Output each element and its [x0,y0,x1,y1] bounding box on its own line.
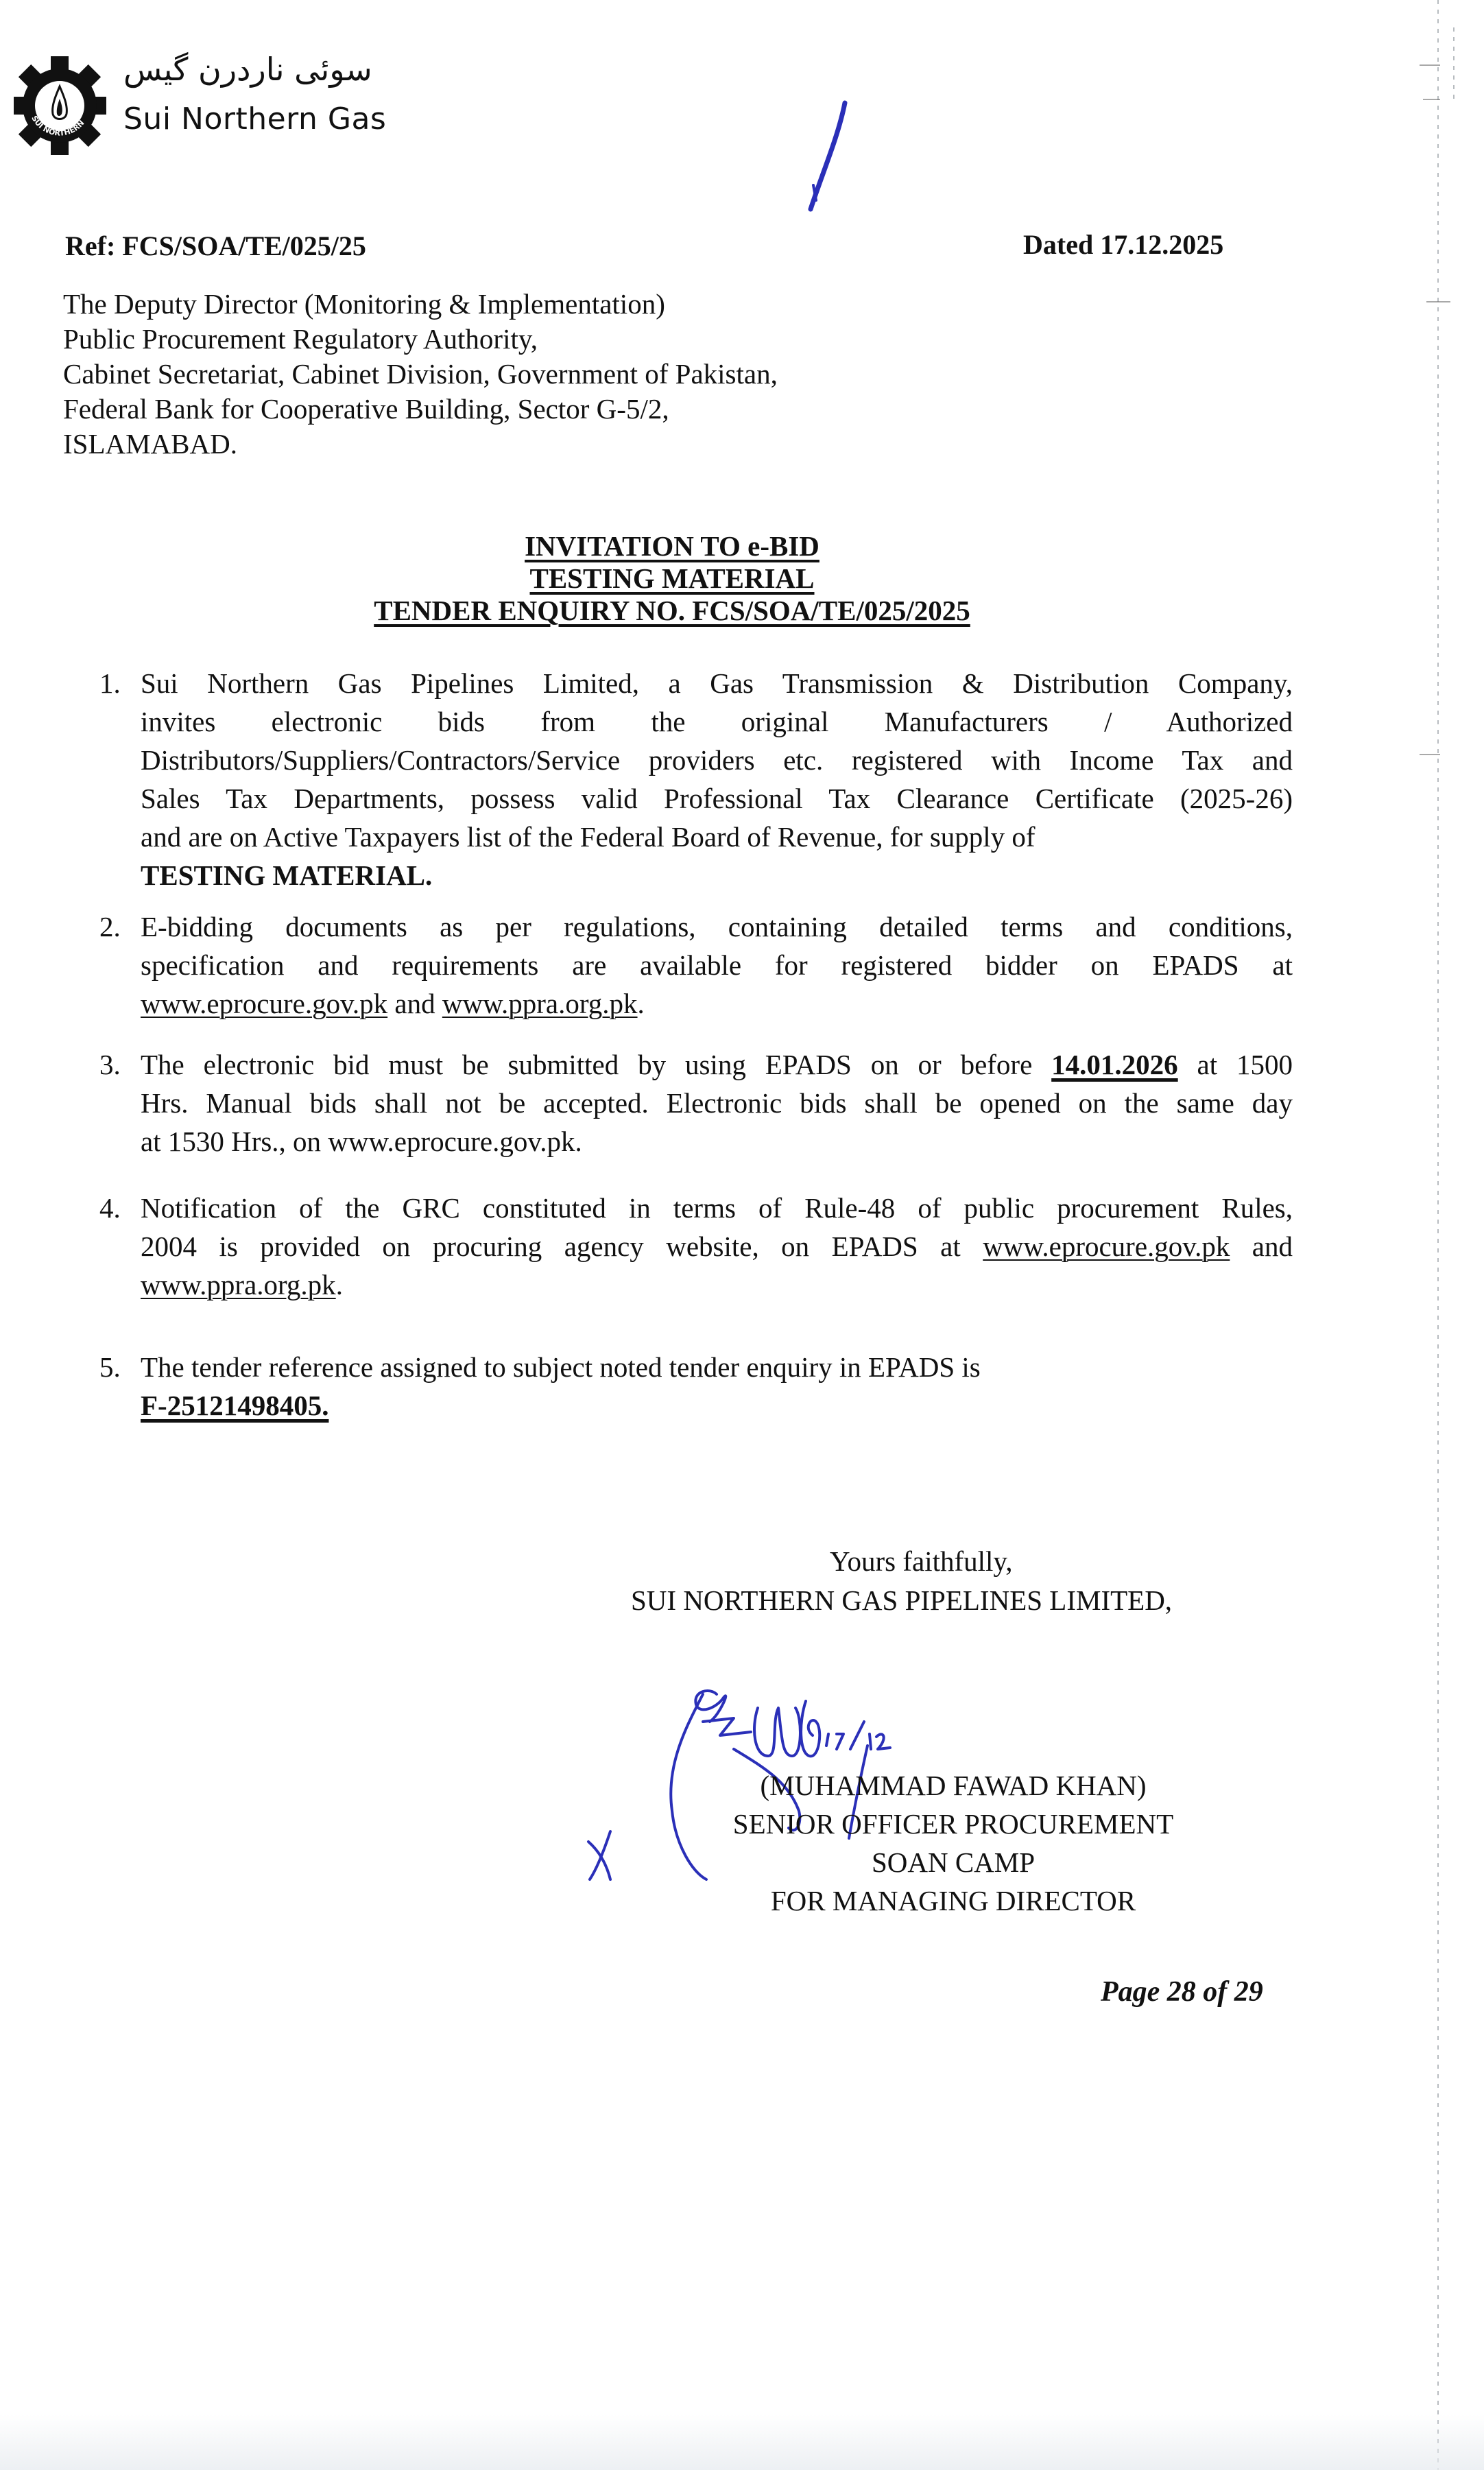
company-name-english: Sui Northern Gas [123,102,386,136]
signatory-on-behalf: FOR MANAGING DIRECTOR [713,1881,1193,1920]
paragraph-line: and are on Active Taxpayers list of the … [141,818,1293,856]
handwritten-tick-icon [802,75,864,219]
title-line-tender-enquiry: TENDER ENQUIRY NO. FCS/SOA/TE/025/2025 [374,595,970,626]
closing-company: SUI NORTHERN GAS PIPELINES LIMITED, [631,1581,1172,1620]
letterhead-logo: SUI NORTHERN سوئی ناردرن گیس Sui Norther… [14,48,398,158]
ppra-link[interactable]: www.ppra.org.pk [141,1269,336,1301]
addressee-line: Public Procurement Regulatory Authority, [63,322,778,357]
paragraph-text: 2004 is provided on procuring agency web… [141,1231,983,1262]
paragraph-line: specification and requirements are avail… [141,946,1293,984]
company-name-urdu: سوئی ناردرن گیس [123,51,372,88]
salutation: Yours faithfully, [631,1542,1172,1581]
reference-number: Ref: FCS/SOA/TE/025/25 [65,230,366,262]
addressee-line: ISLAMABAD. [63,427,778,462]
paragraph-2: 2. E-bidding documents as per regulation… [141,907,1293,1023]
addressee-line: Cabinet Secretariat, Cabinet Division, G… [63,357,778,392]
paragraph-line: Notification of the GRC constituted in t… [141,1189,1293,1227]
letter-date: Dated 17.12.2025 [1023,228,1223,261]
paragraph-number: 3. [99,1045,121,1084]
epads-tender-reference: F-25121498405. [141,1390,328,1421]
paragraph-number: 2. [99,907,121,946]
paragraph-number: 5. [99,1348,121,1386]
signatory-location: SOAN CAMP [713,1843,1193,1881]
gear-flame-logo-icon: SUI NORTHERN [14,52,106,155]
ppra-link[interactable]: www.ppra.org.pk [442,988,638,1019]
link-joiner: and [387,988,442,1019]
title-line-subject: TESTING MATERIAL [529,562,814,594]
signatory-designation: SENIOR OFFICER PROCUREMENT [713,1805,1193,1843]
closing-block: Yours faithfully, SUI NORTHERN GAS PIPEL… [631,1542,1172,1620]
paragraph-number: 1. [99,664,121,702]
paragraph-line: Hrs. Manual bids shall not be accepted. … [141,1084,1293,1122]
paragraph-line: Sui Northern Gas Pipelines Limited, a Ga… [141,664,1293,702]
paragraph-line: Sales Tax Departments, possess valid Pro… [141,779,1293,818]
paragraph-3: 3. The electronic bid must be submitted … [141,1045,1293,1161]
paragraph-line: Distributors/Suppliers/Contractors/Servi… [141,741,1293,779]
addressee-line: The Deputy Director (Monitoring & Implem… [63,287,778,322]
sentence-end: . [638,988,645,1019]
letter-title: INVITATION TO e-BID TESTING MATERIAL TEN… [0,530,1344,627]
paragraph-5: 5. The tender reference assigned to subj… [141,1348,1293,1425]
signatory-block: (MUHAMMAD FAWAD KHAN) SENIOR OFFICER PRO… [713,1766,1193,1920]
page-edge-marks [1420,0,1484,2470]
scan-bottom-edge [0,2414,1484,2470]
sentence-end: . [336,1269,343,1301]
letter-page: SUI NORTHERN سوئی ناردرن گیس Sui Norther… [0,0,1484,2470]
paragraph-line: at 1530 Hrs., on www.eprocure.gov.pk. [141,1122,1293,1161]
paragraph-text: The electronic bid must be submitted by … [141,1049,1051,1080]
eprocure-link[interactable]: www.eprocure.gov.pk [983,1231,1230,1262]
addressee-block: The Deputy Director (Monitoring & Implem… [63,287,778,462]
paragraph-4: 4. Notification of the GRC constituted i… [141,1189,1293,1304]
procurement-item: TESTING MATERIAL. [141,856,1293,894]
eprocure-link[interactable]: www.eprocure.gov.pk [141,988,387,1019]
paragraph-1: 1. Sui Northern Gas Pipelines Limited, a… [141,664,1293,894]
signatory-name: (MUHAMMAD FAWAD KHAN) [713,1766,1193,1805]
paragraph-text: at 1500 [1178,1049,1293,1080]
bid-deadline-date: 14.01.2026 [1051,1049,1178,1080]
paragraph-number: 4. [99,1189,121,1227]
title-line-invitation: INVITATION TO e-BID [525,530,819,562]
paragraph-line: invites electronic bids from the origina… [141,702,1293,741]
paragraph-line: The tender reference assigned to subject… [141,1348,1293,1386]
addressee-line: Federal Bank for Cooperative Building, S… [63,392,778,427]
paragraph-text: and [1230,1231,1293,1262]
page-number: Page 28 of 29 [1101,1975,1263,2008]
paragraph-line: E-bidding documents as per regulations, … [141,907,1293,946]
